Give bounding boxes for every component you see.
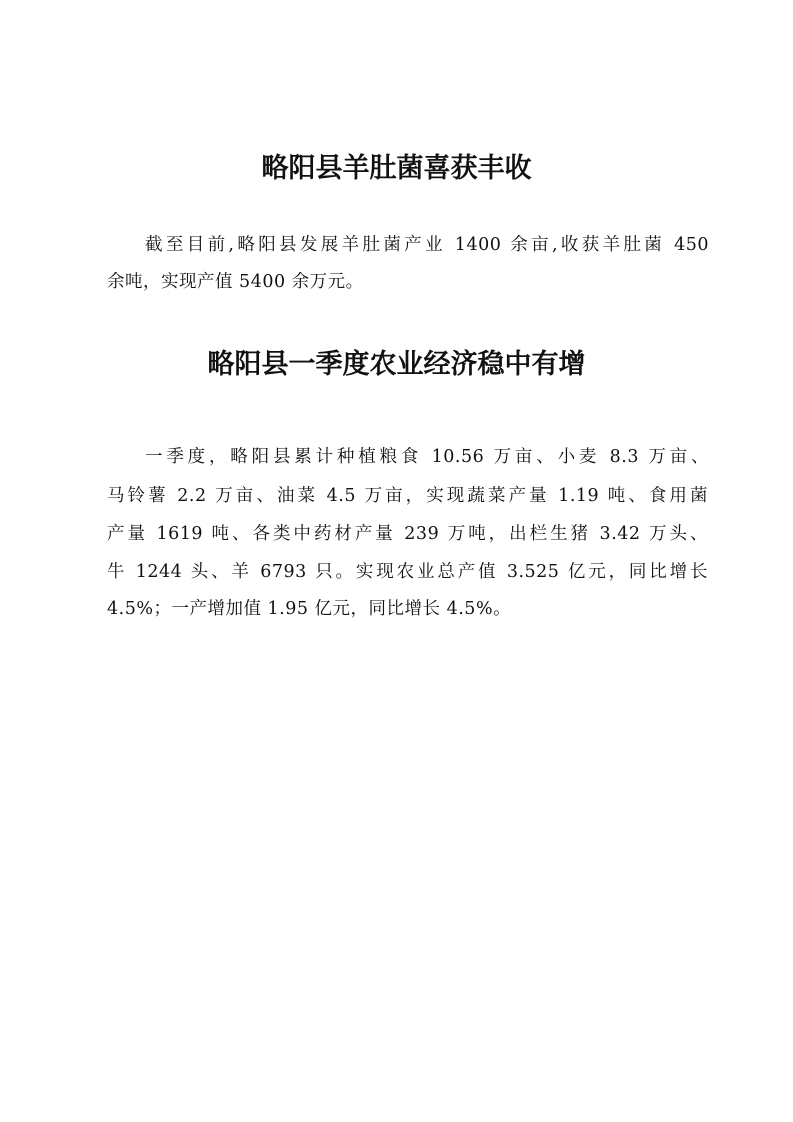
article-2-line-4: 牛 1244 头、羊 6793 只。实现农业总产值 3.525 亿元，同比增长 [107,560,708,584]
article-2-line-3: 产量 1619 吨、各类中药材产量 239 万吨，出栏生猪 3.42 万头、 [107,522,708,546]
article-1-line-1: 截至目前,略阳县发展羊肚菌产业 1400 余亩,收获羊肚菌 450 [145,233,709,257]
article-2-line-5: 4.5%；一产增加值 1.95 亿元，同比增长 4.5%。 [107,597,511,621]
article-1-title: 略阳县羊肚菌喜获丰收 [0,152,793,186]
article-2-title: 略阳县一季度农业经济稳中有增 [0,348,793,382]
article-1-line-2: 余吨，实现产值 5400 余万元。 [107,270,364,294]
article-2-line-1: 一季度，略阳县累计种植粮食 10.56 万亩、小麦 8.3 万亩、 [145,445,709,469]
article-2-line-2: 马铃薯 2.2 万亩、油菜 4.5 万亩，实现蔬菜产量 1.19 吨、食用菌 [107,484,708,508]
